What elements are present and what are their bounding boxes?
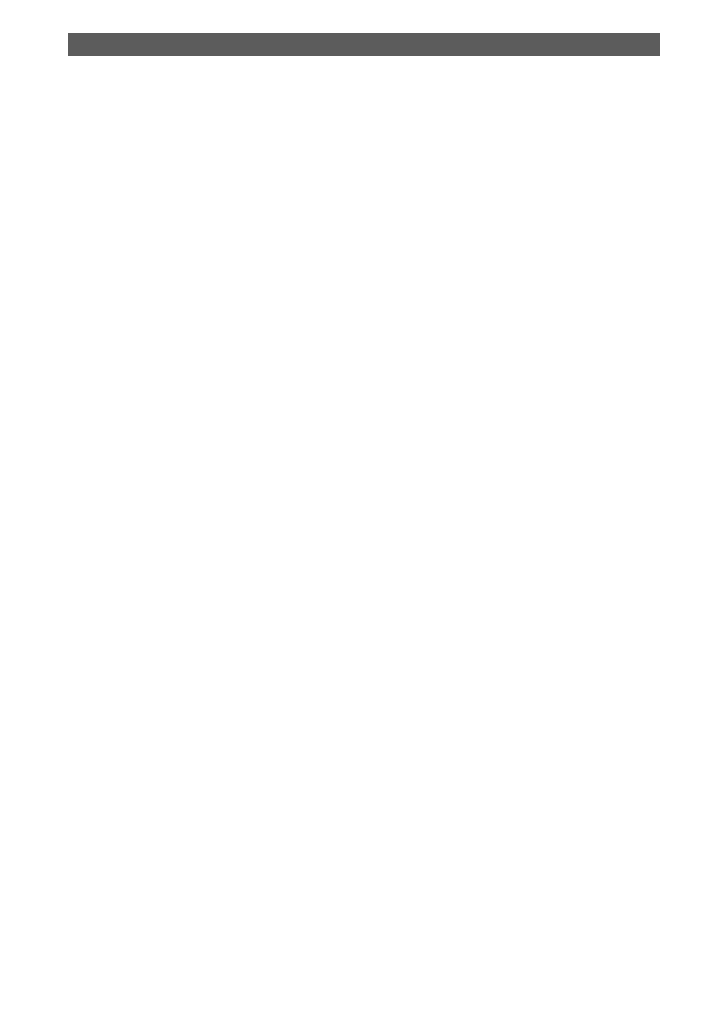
document-header-bar	[68, 33, 660, 56]
